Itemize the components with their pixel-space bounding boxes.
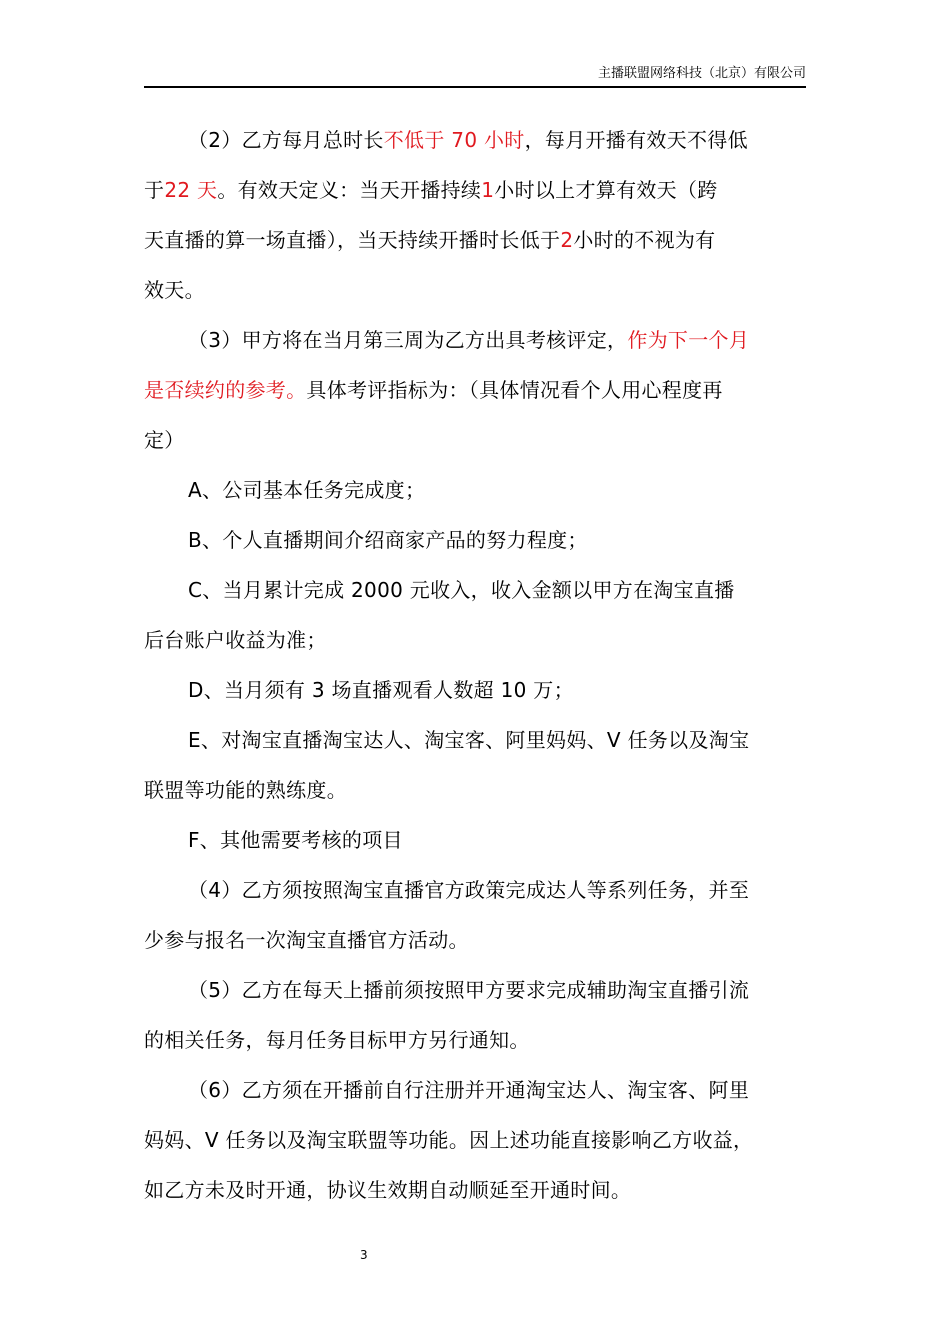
item-d: D、当月须有 3 场直播观看人数超 10 万； xyxy=(144,665,808,715)
item-e-line-1: E、对淘宝直播淘宝达人、淘宝客、阿里妈妈、V 任务以及淘宝 xyxy=(144,715,808,765)
text: 小时以上才算有效天（跨 xyxy=(494,178,717,202)
page-number: 3 xyxy=(360,1248,368,1262)
company-name: 主播联盟网络科技（北京）有限公司 xyxy=(598,66,806,82)
highlight-text: 不低于 70 小时 xyxy=(384,128,525,152)
text: （2）乙方每月总时长 xyxy=(188,128,384,152)
clause-6-line-3: 如乙方未及时开通，协议生效期自动顺延至开通时间。 xyxy=(144,1165,808,1215)
text: 。有效天定义：当天开播持续 xyxy=(217,178,481,202)
highlight-text: 是否续约的参考。 xyxy=(144,378,306,402)
clause-6-line-1: （6）乙方须在开播前自行注册并开通淘宝达人、淘宝客、阿里 xyxy=(144,1065,808,1115)
highlight-text: 22 天 xyxy=(164,178,217,202)
text: 具体考评指标为：（具体情况看个人用心程度再 xyxy=(306,378,722,402)
clause-2-line-2: 于22 天。有效天定义：当天开播持续1小时以上才算有效天（跨 xyxy=(144,165,808,215)
clause-2-line-4: 效天。 xyxy=(144,265,808,315)
item-b: B、个人直播期间介绍商家产品的努力程度； xyxy=(144,515,808,565)
item-e-line-2: 联盟等功能的熟练度。 xyxy=(144,765,808,815)
clause-2-line-1: （2）乙方每月总时长不低于 70 小时，每月开播有效天不得低 xyxy=(144,115,808,165)
item-f: F、其他需要考核的项目 xyxy=(144,815,808,865)
clause-5-line-1: （5）乙方在每天上播前须按照甲方要求完成辅助淘宝直播引流 xyxy=(144,965,808,1015)
clause-2-line-3: 天直播的算一场直播），当天持续开播时长低于2小时的不视为有 xyxy=(144,215,808,265)
clause-5-line-2: 的相关任务，每月任务目标甲方另行通知。 xyxy=(144,1015,808,1065)
clause-3-line-3: 定） xyxy=(144,415,808,465)
item-c-line-2: 后台账户收益为准； xyxy=(144,615,808,665)
text: （3）甲方将在当月第三周为乙方出具考核评定， xyxy=(188,328,627,352)
text: ，每月开播有效天不得低 xyxy=(525,128,748,152)
highlight-text: 1 xyxy=(481,178,494,202)
clause-4-line-2: 少参与报名一次淘宝直播官方活动。 xyxy=(144,915,808,965)
clause-3-line-2: 是否续约的参考。具体考评指标为：（具体情况看个人用心程度再 xyxy=(144,365,808,415)
highlight-text: 作为下一个月 xyxy=(627,328,749,352)
clause-3-line-1: （3）甲方将在当月第三周为乙方出具考核评定，作为下一个月 xyxy=(144,315,808,365)
page-header: 主播联盟网络科技（北京）有限公司 xyxy=(144,66,806,88)
text: 于 xyxy=(144,178,164,202)
clause-4-line-1: （4）乙方须按照淘宝直播官方政策完成达人等系列任务，并至 xyxy=(144,865,808,915)
text: 天直播的算一场直播），当天持续开播时长低于 xyxy=(144,228,560,252)
highlight-text: 2 xyxy=(560,228,573,252)
document-body: （2）乙方每月总时长不低于 70 小时，每月开播有效天不得低 于22 天。有效天… xyxy=(144,115,808,1215)
text: 小时的不视为有 xyxy=(573,228,715,252)
item-c-line-1: C、当月累计完成 2000 元收入，收入金额以甲方在淘宝直播 xyxy=(144,565,808,615)
clause-6-line-2: 妈妈、V 任务以及淘宝联盟等功能。因上述功能直接影响乙方收益， xyxy=(144,1115,808,1165)
item-a: A、公司基本任务完成度； xyxy=(144,465,808,515)
